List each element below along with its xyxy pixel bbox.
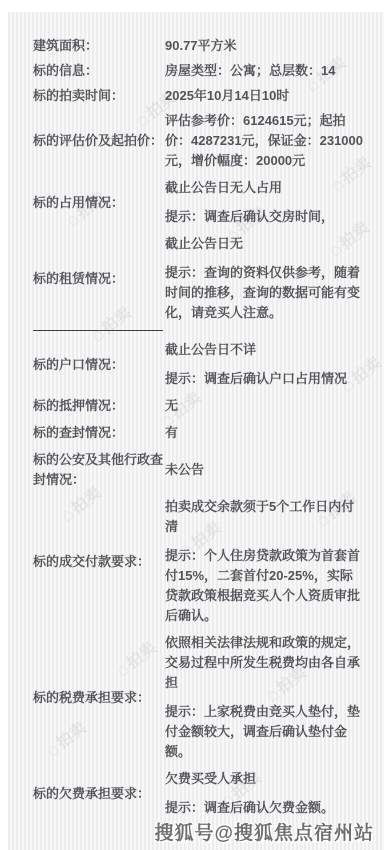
table-row: 标的公安及其他行政查封情况： 未公告 xyxy=(33,450,384,490)
row-label: 标的户口情况： xyxy=(33,355,165,375)
value-hint-text: 提示：调查后确认交房时间， xyxy=(165,207,365,227)
value-text: 未公告 xyxy=(165,460,365,480)
row-label: 标的税费承担要求： xyxy=(33,688,165,708)
value-hint-text: 提示：上家税费由竞买人垫付，垫付金额较大，调查后确认垫付金额。 xyxy=(165,702,365,762)
row-values: 90.77平方米 xyxy=(165,36,365,56)
row-label: 标的占用情况： xyxy=(33,193,165,213)
row-values: 拍卖成交余款须于5个工作日内付清 提示：个人住房贷款政策为首套首付15%，二套首… xyxy=(165,497,365,626)
row-values: 房屋类型：公寓；总层数：14 xyxy=(165,61,365,81)
value-text: 房屋类型：公寓；总层数：14 xyxy=(165,61,365,81)
value-hint-text: 提示：调查后确认欠费金额。 xyxy=(165,798,365,818)
row-values: 无 xyxy=(165,396,365,416)
divider-line xyxy=(33,330,163,331)
row-label: 标的抵押情况： xyxy=(33,396,165,416)
row-values: 截止公告日不详 提示：调查后确认户口占用情况 xyxy=(165,340,365,389)
table-row: 标的抵押情况： 无 xyxy=(33,396,384,416)
row-label: 标的评估价及起拍价： xyxy=(33,131,165,151)
value-hint-text: 提示：个人住房贷款政策为首套首付15%，二套首付20-25%，实际贷款政策根据竞… xyxy=(165,546,365,626)
table-row: 标的户口情况： 截止公告日不详 提示：调查后确认户口占用情况 xyxy=(33,340,384,389)
table-row: 标的成交付款要求： 拍卖成交余款须于5个工作日内付清 提示：个人住房贷款政策为首… xyxy=(33,497,384,626)
table-row: 标的税费承担要求： 依照相关法律法规和政策的规定，交易过程中所发生税费均由各自承… xyxy=(33,633,384,762)
row-values: 评估参考价：6124615元；起拍价：4287231元，保证金：231000元，… xyxy=(165,111,365,171)
row-label: 标的租赁情况： xyxy=(33,269,165,289)
row-label: 标的信息： xyxy=(33,61,165,81)
row-values: 有 xyxy=(165,423,365,443)
table-row: 标的占用情况： 截止公告日无人占用 提示：调查后确认交房时间， xyxy=(33,178,384,227)
row-label: 标的查封情况： xyxy=(33,423,165,443)
row-label: 建筑面积： xyxy=(33,36,165,56)
row-values: 截止公告日无人占用 提示：调查后确认交房时间， xyxy=(165,178,365,227)
value-text: 有 xyxy=(165,423,365,443)
striped-background: 建筑面积： 90.77平方米 标的信息： 房屋类型：公寓；总层数：14 标的拍卖… xyxy=(8,12,384,850)
row-values: 截止公告日无 提示：查询的资料仅供参考，随着时间的推移，查询的数据可能有变化，请… xyxy=(165,234,365,323)
table-row: 标的拍卖时间： 2025年10月14日10时 xyxy=(33,86,384,106)
table-row: 建筑面积： 90.77平方米 xyxy=(33,36,384,56)
value-text: 依照相关法律法规和政策的规定，交易过程中所发生税费均由各自承担 xyxy=(165,633,365,693)
sohu-account-watermark: 搜狐号@搜狐焦点宿州站 xyxy=(154,818,374,845)
table-row: 标的信息： 房屋类型：公寓；总层数：14 xyxy=(33,61,384,81)
row-label: 标的成交付款要求： xyxy=(33,552,165,572)
value-text: 截止公告日无 xyxy=(165,234,365,254)
row-values: 未公告 xyxy=(165,460,365,480)
value-text: 欠费买受人承担 xyxy=(165,769,365,789)
value-text: 拍卖成交余款须于5个工作日内付清 xyxy=(165,497,365,537)
row-label: 标的公安及其他行政查封情况： xyxy=(33,450,165,490)
value-hint-text: 提示：查询的资料仅供参考，随着时间的推移，查询的数据可能有变化，请竞买人注意。 xyxy=(165,263,365,323)
value-text: 截止公告日无人占用 xyxy=(165,178,365,198)
row-values: 依照相关法律法规和政策的规定，交易过程中所发生税费均由各自承担 提示：上家税费由… xyxy=(165,633,365,762)
row-label: 标的欠费承担要求： xyxy=(33,784,165,804)
row-label: 标的拍卖时间： xyxy=(33,86,165,106)
table-row: 标的欠费承担要求： 欠费买受人承担 提示：调查后确认欠费金额。 xyxy=(33,769,384,818)
auction-info-table: 建筑面积： 90.77平方米 标的信息： 房屋类型：公寓；总层数：14 标的拍卖… xyxy=(8,12,384,818)
table-row: 标的评估价及起拍价： 评估参考价：6124615元；起拍价：4287231元，保… xyxy=(33,111,384,171)
value-text: 截止公告日不详 xyxy=(165,340,365,360)
row-values: 欠费买受人承担 提示：调查后确认欠费金额。 xyxy=(165,769,365,818)
value-text: 评估参考价：6124615元；起拍价：4287231元，保证金：231000元，… xyxy=(165,111,365,171)
value-hint-text: 提示：调查后确认户口占用情况 xyxy=(165,369,365,389)
value-text: 90.77平方米 xyxy=(165,36,365,56)
table-row: 标的查封情况： 有 xyxy=(33,423,384,443)
row-values: 2025年10月14日10时 xyxy=(165,86,365,106)
value-text: 2025年10月14日10时 xyxy=(165,86,365,106)
value-text: 无 xyxy=(165,396,365,416)
table-row: 标的租赁情况： 截止公告日无 提示：查询的资料仅供参考，随着时间的推移，查询的数… xyxy=(33,234,384,323)
